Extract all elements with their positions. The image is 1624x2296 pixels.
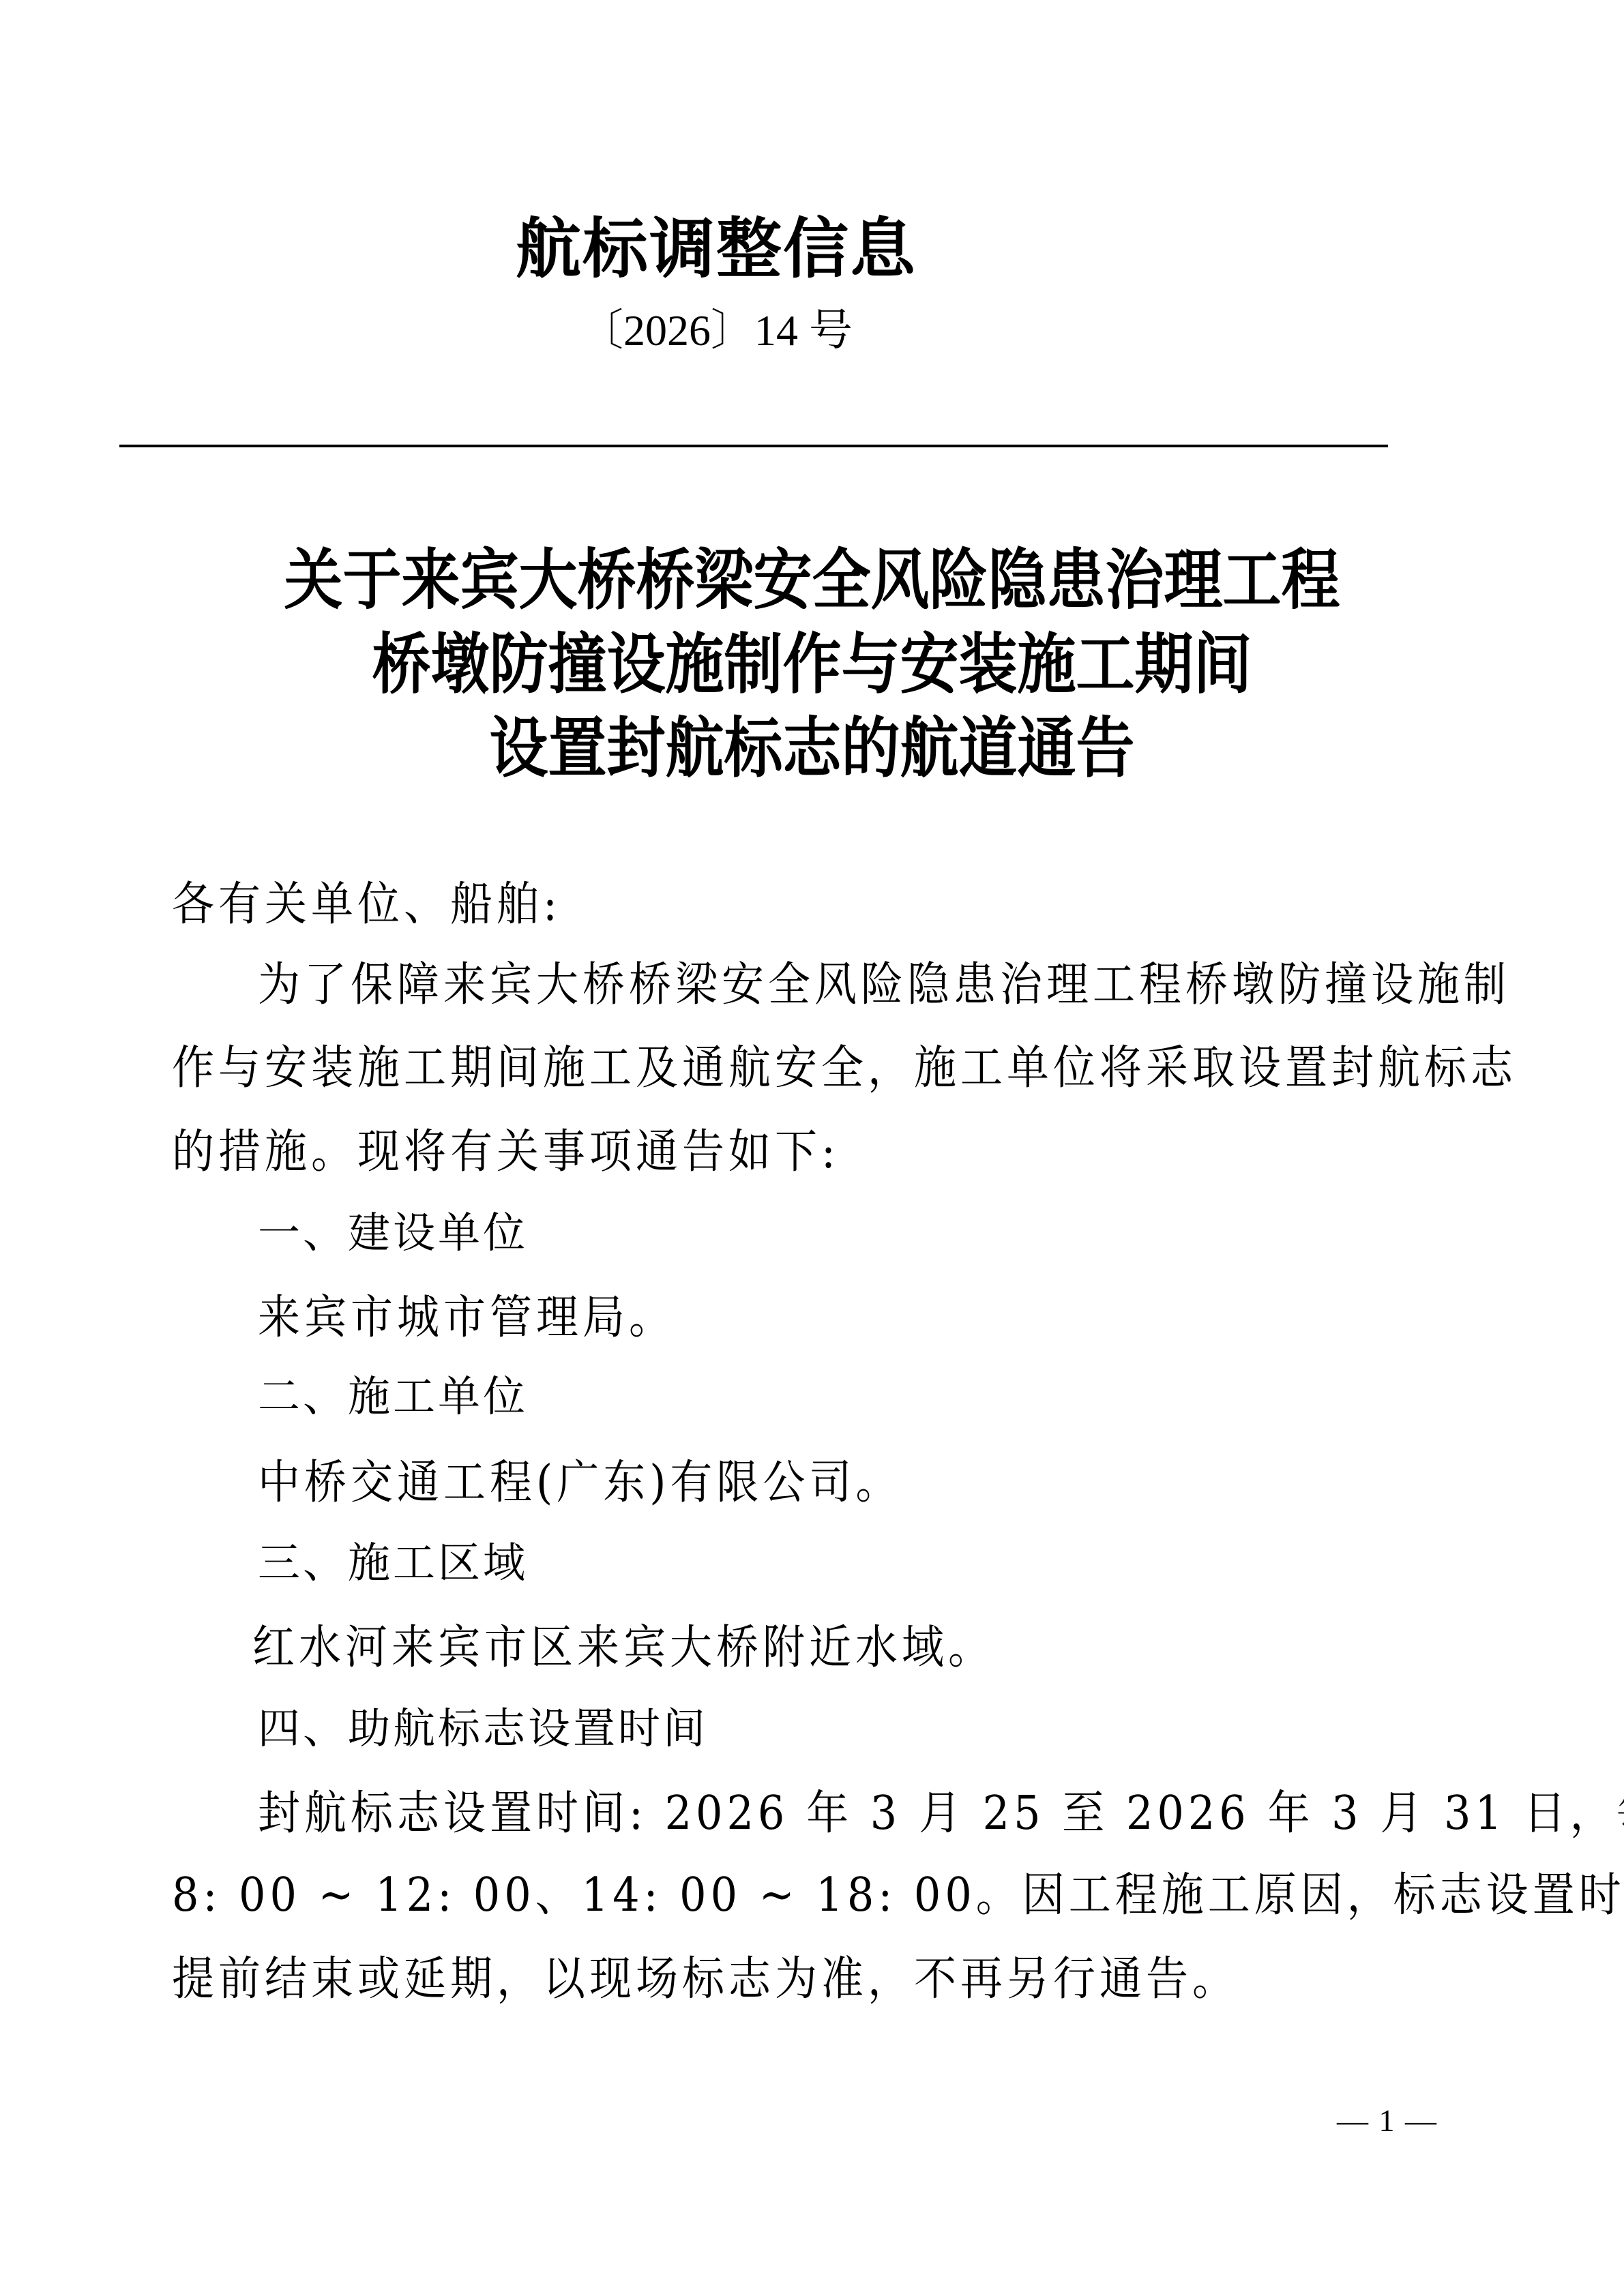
page-number: — 1 — xyxy=(1337,2100,1438,2141)
section-content: 8: 00 ~ 12: 00、14: 00 ~ 18: 00。因工程施工原因，标… xyxy=(172,1865,1624,1925)
section-content: 提前结束或延期，以现场标志为准，不再另行通告。 xyxy=(172,1949,1239,2009)
header-divider xyxy=(119,445,1388,447)
document-title: 航标调整信息 xyxy=(0,211,1432,286)
section-heading-construction-owner: 一、建设单位 xyxy=(258,1206,528,1260)
notice-title-line: 设置封航标志的航道通告 xyxy=(0,706,1624,790)
notice-title-line: 关于来宾大桥桥梁安全风险隐患治理工程 xyxy=(0,539,1624,623)
section-heading-marker-schedule: 四、助航标志设置时间 xyxy=(258,1701,708,1756)
notice-title-line: 桥墩防撞设施制作与安装施工期间 xyxy=(0,623,1624,706)
section-content: 封航标志设置时间: 2026 年 3 月 25 至 2026 年 3 月 31 … xyxy=(258,1783,1624,1843)
intro-paragraph-line: 的措施。现将有关事项通告如下: xyxy=(172,1122,840,1182)
section-content: 中桥交通工程(广东)有限公司。 xyxy=(258,1452,902,1512)
intro-paragraph-line: 作与安装施工期间施工及通航安全，施工单位将采取设置封航标志 xyxy=(172,1038,1517,1098)
section-heading-construction-area: 三、施工区域 xyxy=(258,1536,528,1590)
document-number: 〔2026〕14 号 xyxy=(0,303,1432,358)
intro-paragraph-line: 为了保障来宾大桥桥梁安全风险隐患治理工程桥墩防撞设施制 xyxy=(258,955,1510,1015)
section-content: 红水河来宾市区来宾大桥附近水域。 xyxy=(252,1617,994,1678)
salutation: 各有关单位、船舶: xyxy=(172,874,561,934)
section-heading-contractor: 二、施工单位 xyxy=(258,1369,528,1424)
notice-title: 关于来宾大桥桥梁安全风险隐患治理工程 桥墩防撞设施制作与安装施工期间 设置封航标… xyxy=(0,539,1624,791)
section-content: 来宾市城市管理局。 xyxy=(258,1287,675,1347)
